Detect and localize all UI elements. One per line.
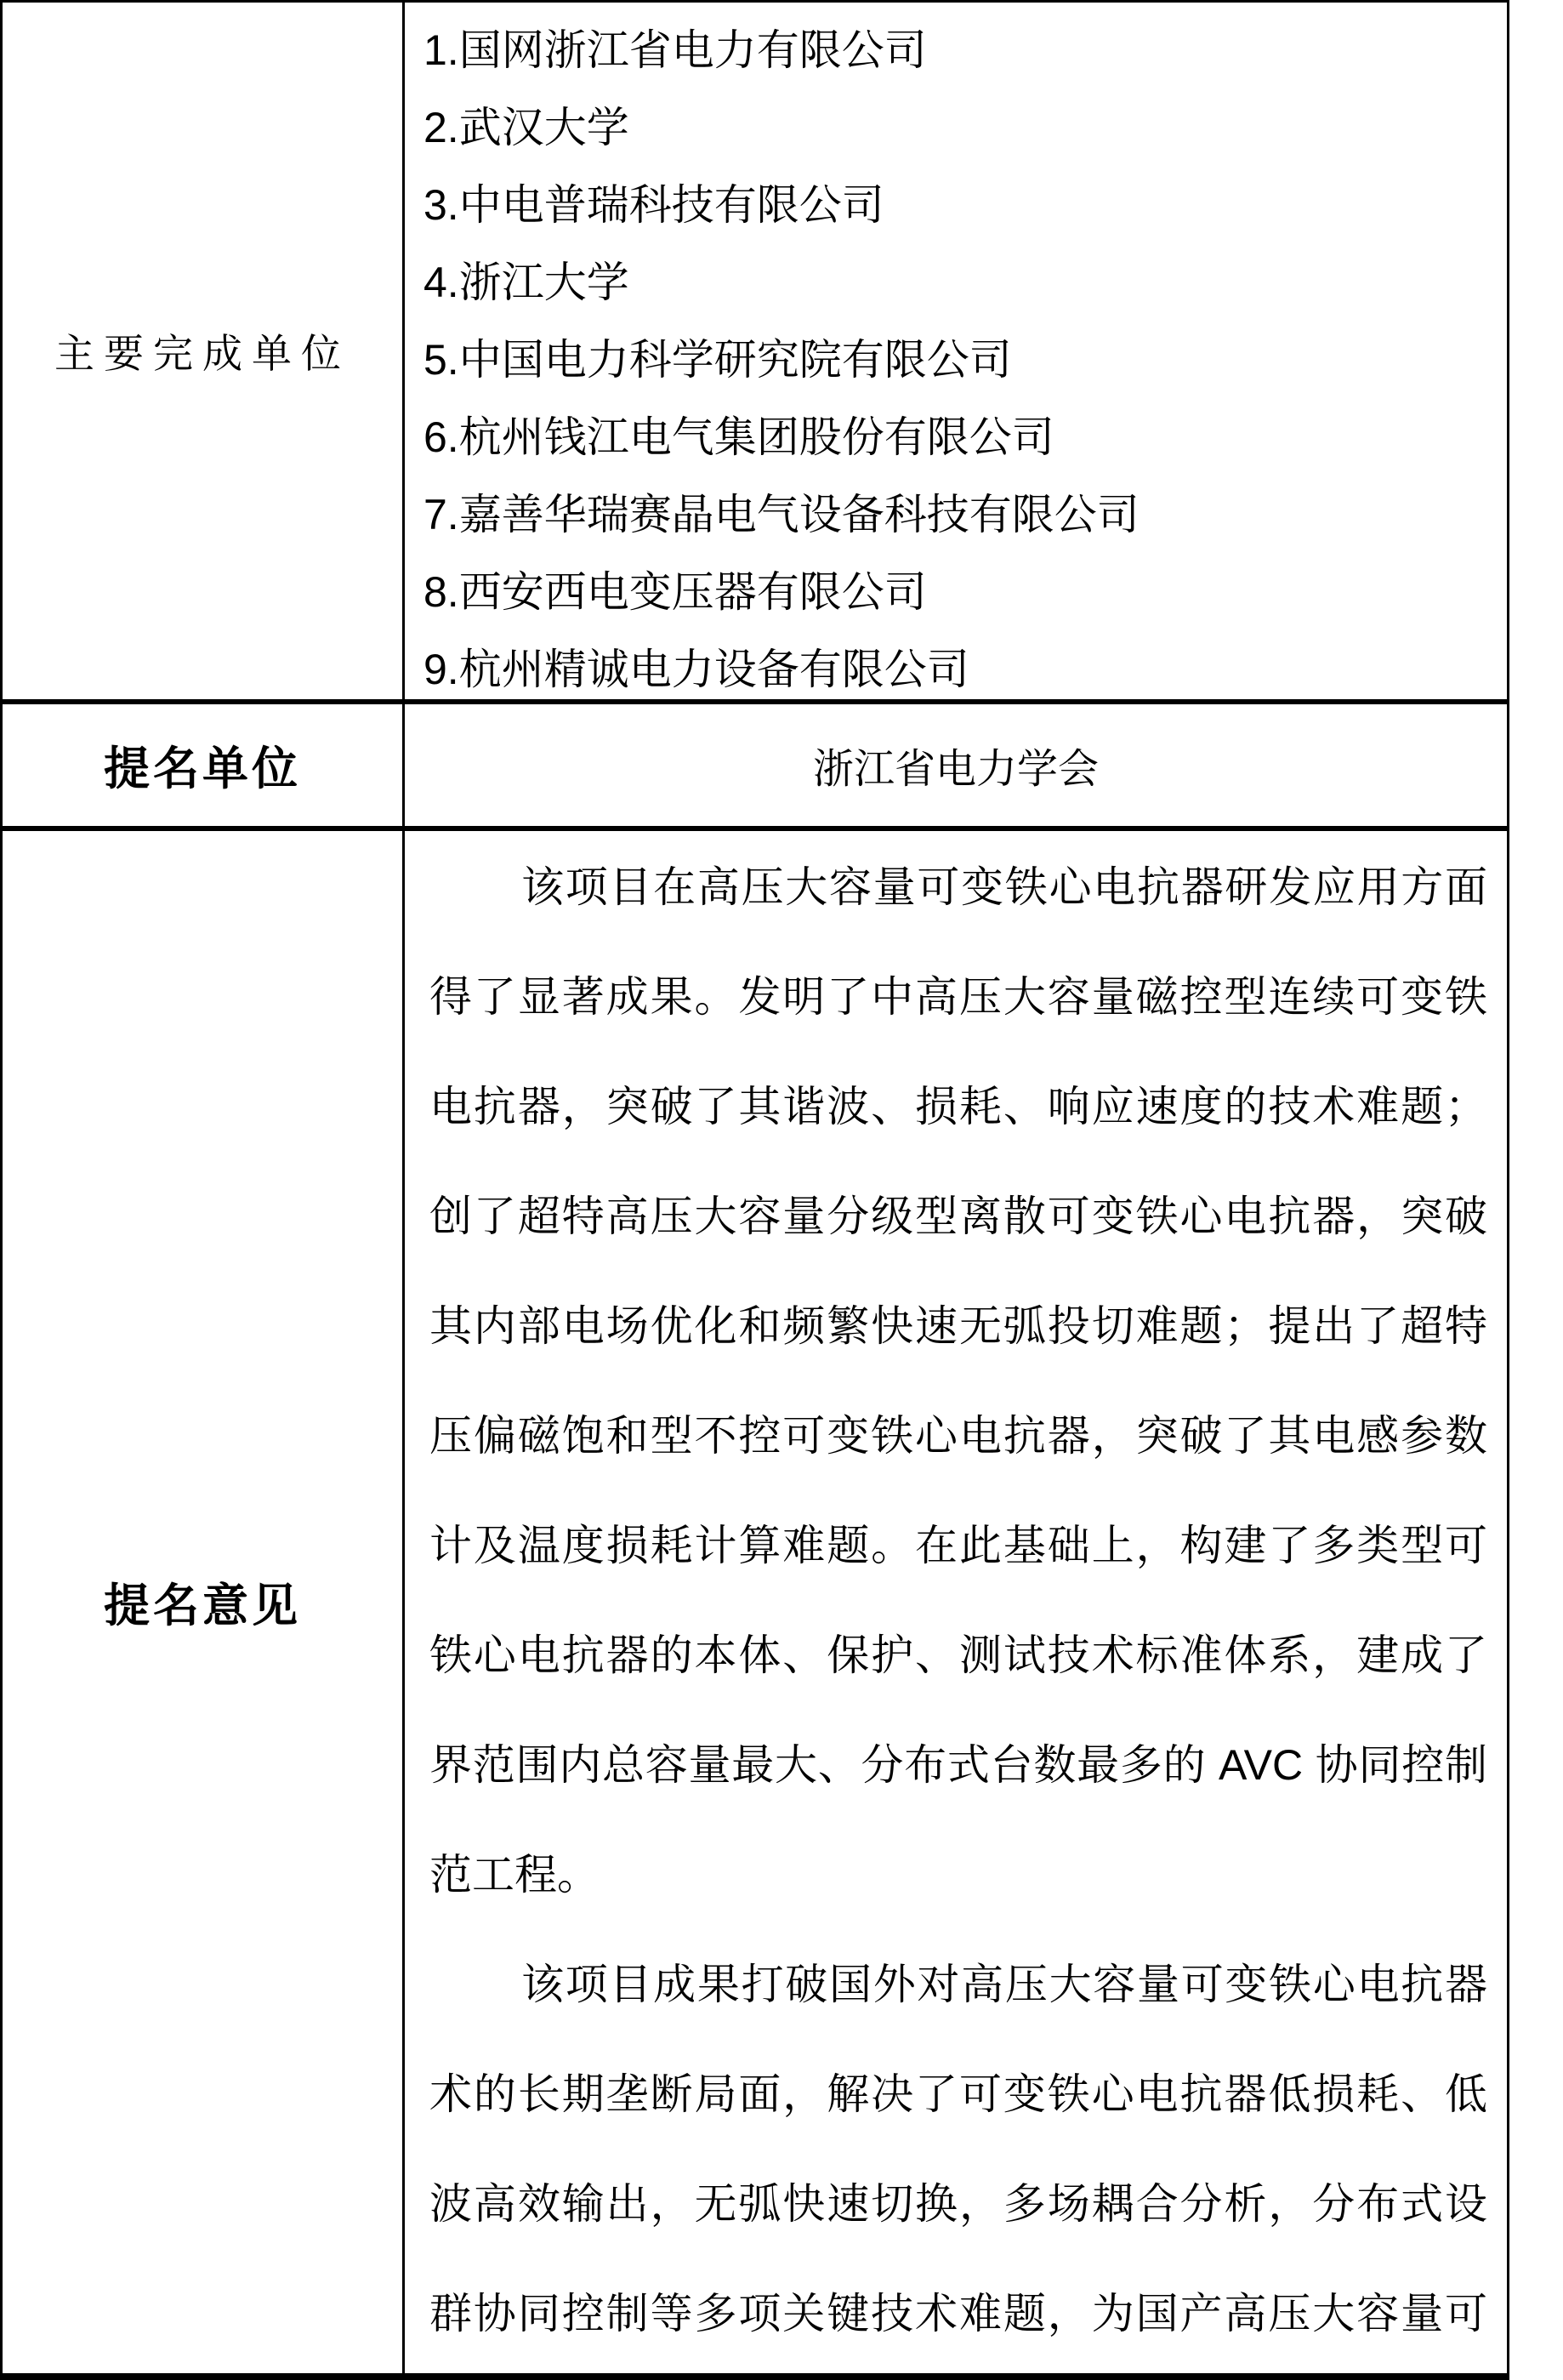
opinion-label-cell: 提名意见	[3, 831, 405, 2373]
completer-item: 3.中电普瑞科技有限公司	[423, 167, 1492, 244]
completers-list: 1.国网浙江省电力有限公司 2.武汉大学 3.中电普瑞科技有限公司 4.浙江大学…	[405, 3, 1507, 699]
opinion-line: 界范围内总容量最大、分布式台数最多的 AVC 协同控制示	[429, 1711, 1487, 1820]
nominator-label-cell: 提名单位	[3, 704, 405, 826]
opinion-line: 该项目成果打破国外对高压大容量可变铁心电抗器技	[429, 1930, 1487, 2040]
opinion-line: 波高效输出，无弧快速切换，多场耦合分析，分布式设备	[429, 2149, 1487, 2259]
opinion-line: 群协同控制等多项关键技术难题，为国产高压大容量可变	[429, 2259, 1487, 2369]
opinion-line: 得了显著成果。发明了中高压大容量磁控型连续可变铁心	[429, 942, 1487, 1052]
opinion-line: 计及温度损耗计算难题。在此基础上，构建了多类型可变	[429, 1491, 1487, 1601]
opinion-label: 提名意见	[104, 1569, 301, 1635]
completer-item: 6.杭州钱江电气集团股份有限公司	[423, 399, 1492, 476]
opinion-line: 电抗器，突破了其谐波、损耗、响应速度的技术难题；首	[429, 1052, 1487, 1162]
opinion-body: 该项目在高压大容量可变铁心电抗器研发应用方面取 得了显著成果。发明了中高压大容量…	[405, 831, 1507, 2369]
completers-content-cell: 1.国网浙江省电力有限公司 2.武汉大学 3.中电普瑞科技有限公司 4.浙江大学…	[405, 3, 1507, 699]
nominator-value-wrap: 浙江省电力学会	[405, 704, 1507, 826]
completer-item: 5.中国电力科学研究院有限公司	[423, 322, 1492, 399]
completers-label: 主要完成单位	[54, 322, 350, 379]
row-nomination-opinion: 提名意见 该项目在高压大容量可变铁心电抗器研发应用方面取 得了显著成果。发明了中…	[3, 831, 1507, 2373]
opinion-line: 范工程。	[429, 1820, 1487, 1930]
completer-item: 2.武汉大学	[423, 89, 1492, 167]
opinion-line: 铁心电抗器的本体、保护、测试技术标准体系，建成了世	[429, 1601, 1487, 1711]
nominator-content-cell: 浙江省电力学会	[405, 704, 1507, 826]
completer-item: 7.嘉善华瑞赛晶电气设备科技有限公司	[423, 476, 1492, 554]
opinion-line: 其内部电场优化和频繁快速无弧投切难题；提出了超特高	[429, 1272, 1487, 1381]
nominator-value: 浙江省电力学会	[813, 736, 1099, 794]
document-page: 主要完成单位 1.国网浙江省电力有限公司 2.武汉大学 3.中电普瑞科技有限公司…	[0, 0, 1563, 2380]
completer-item: 9.杭州精诚电力设备有限公司	[423, 631, 1492, 699]
opinion-line: 该项目在高压大容量可变铁心电抗器研发应用方面取	[429, 833, 1487, 942]
opinion-line: 创了超特高压大容量分级型离散可变铁心电抗器，突破了	[429, 1162, 1487, 1272]
opinion-content-cell: 该项目在高压大容量可变铁心电抗器研发应用方面取 得了显著成果。发明了中高压大容量…	[405, 831, 1507, 2373]
completer-item: 8.西安西电变压器有限公司	[423, 554, 1492, 631]
nominator-label: 提名单位	[104, 732, 301, 798]
nomination-table: 主要完成单位 1.国网浙江省电力有限公司 2.武汉大学 3.中电普瑞科技有限公司…	[0, 0, 1509, 2380]
completer-item: 4.浙江大学	[423, 244, 1492, 322]
opinion-line: 压偏磁饱和型不控可变铁心电抗器，突破了其电感参数设	[429, 1381, 1487, 1491]
opinion-line: 术的长期垄断局面，解决了可变铁心电抗器低损耗、低谐	[429, 2040, 1487, 2149]
completer-item: 1.国网浙江省电力有限公司	[423, 12, 1492, 89]
row-nominating-unit: 提名单位 浙江省电力学会	[3, 704, 1507, 831]
row-main-completing-units: 主要完成单位 1.国网浙江省电力有限公司 2.武汉大学 3.中电普瑞科技有限公司…	[3, 3, 1507, 704]
completers-label-cell: 主要完成单位	[3, 3, 405, 699]
